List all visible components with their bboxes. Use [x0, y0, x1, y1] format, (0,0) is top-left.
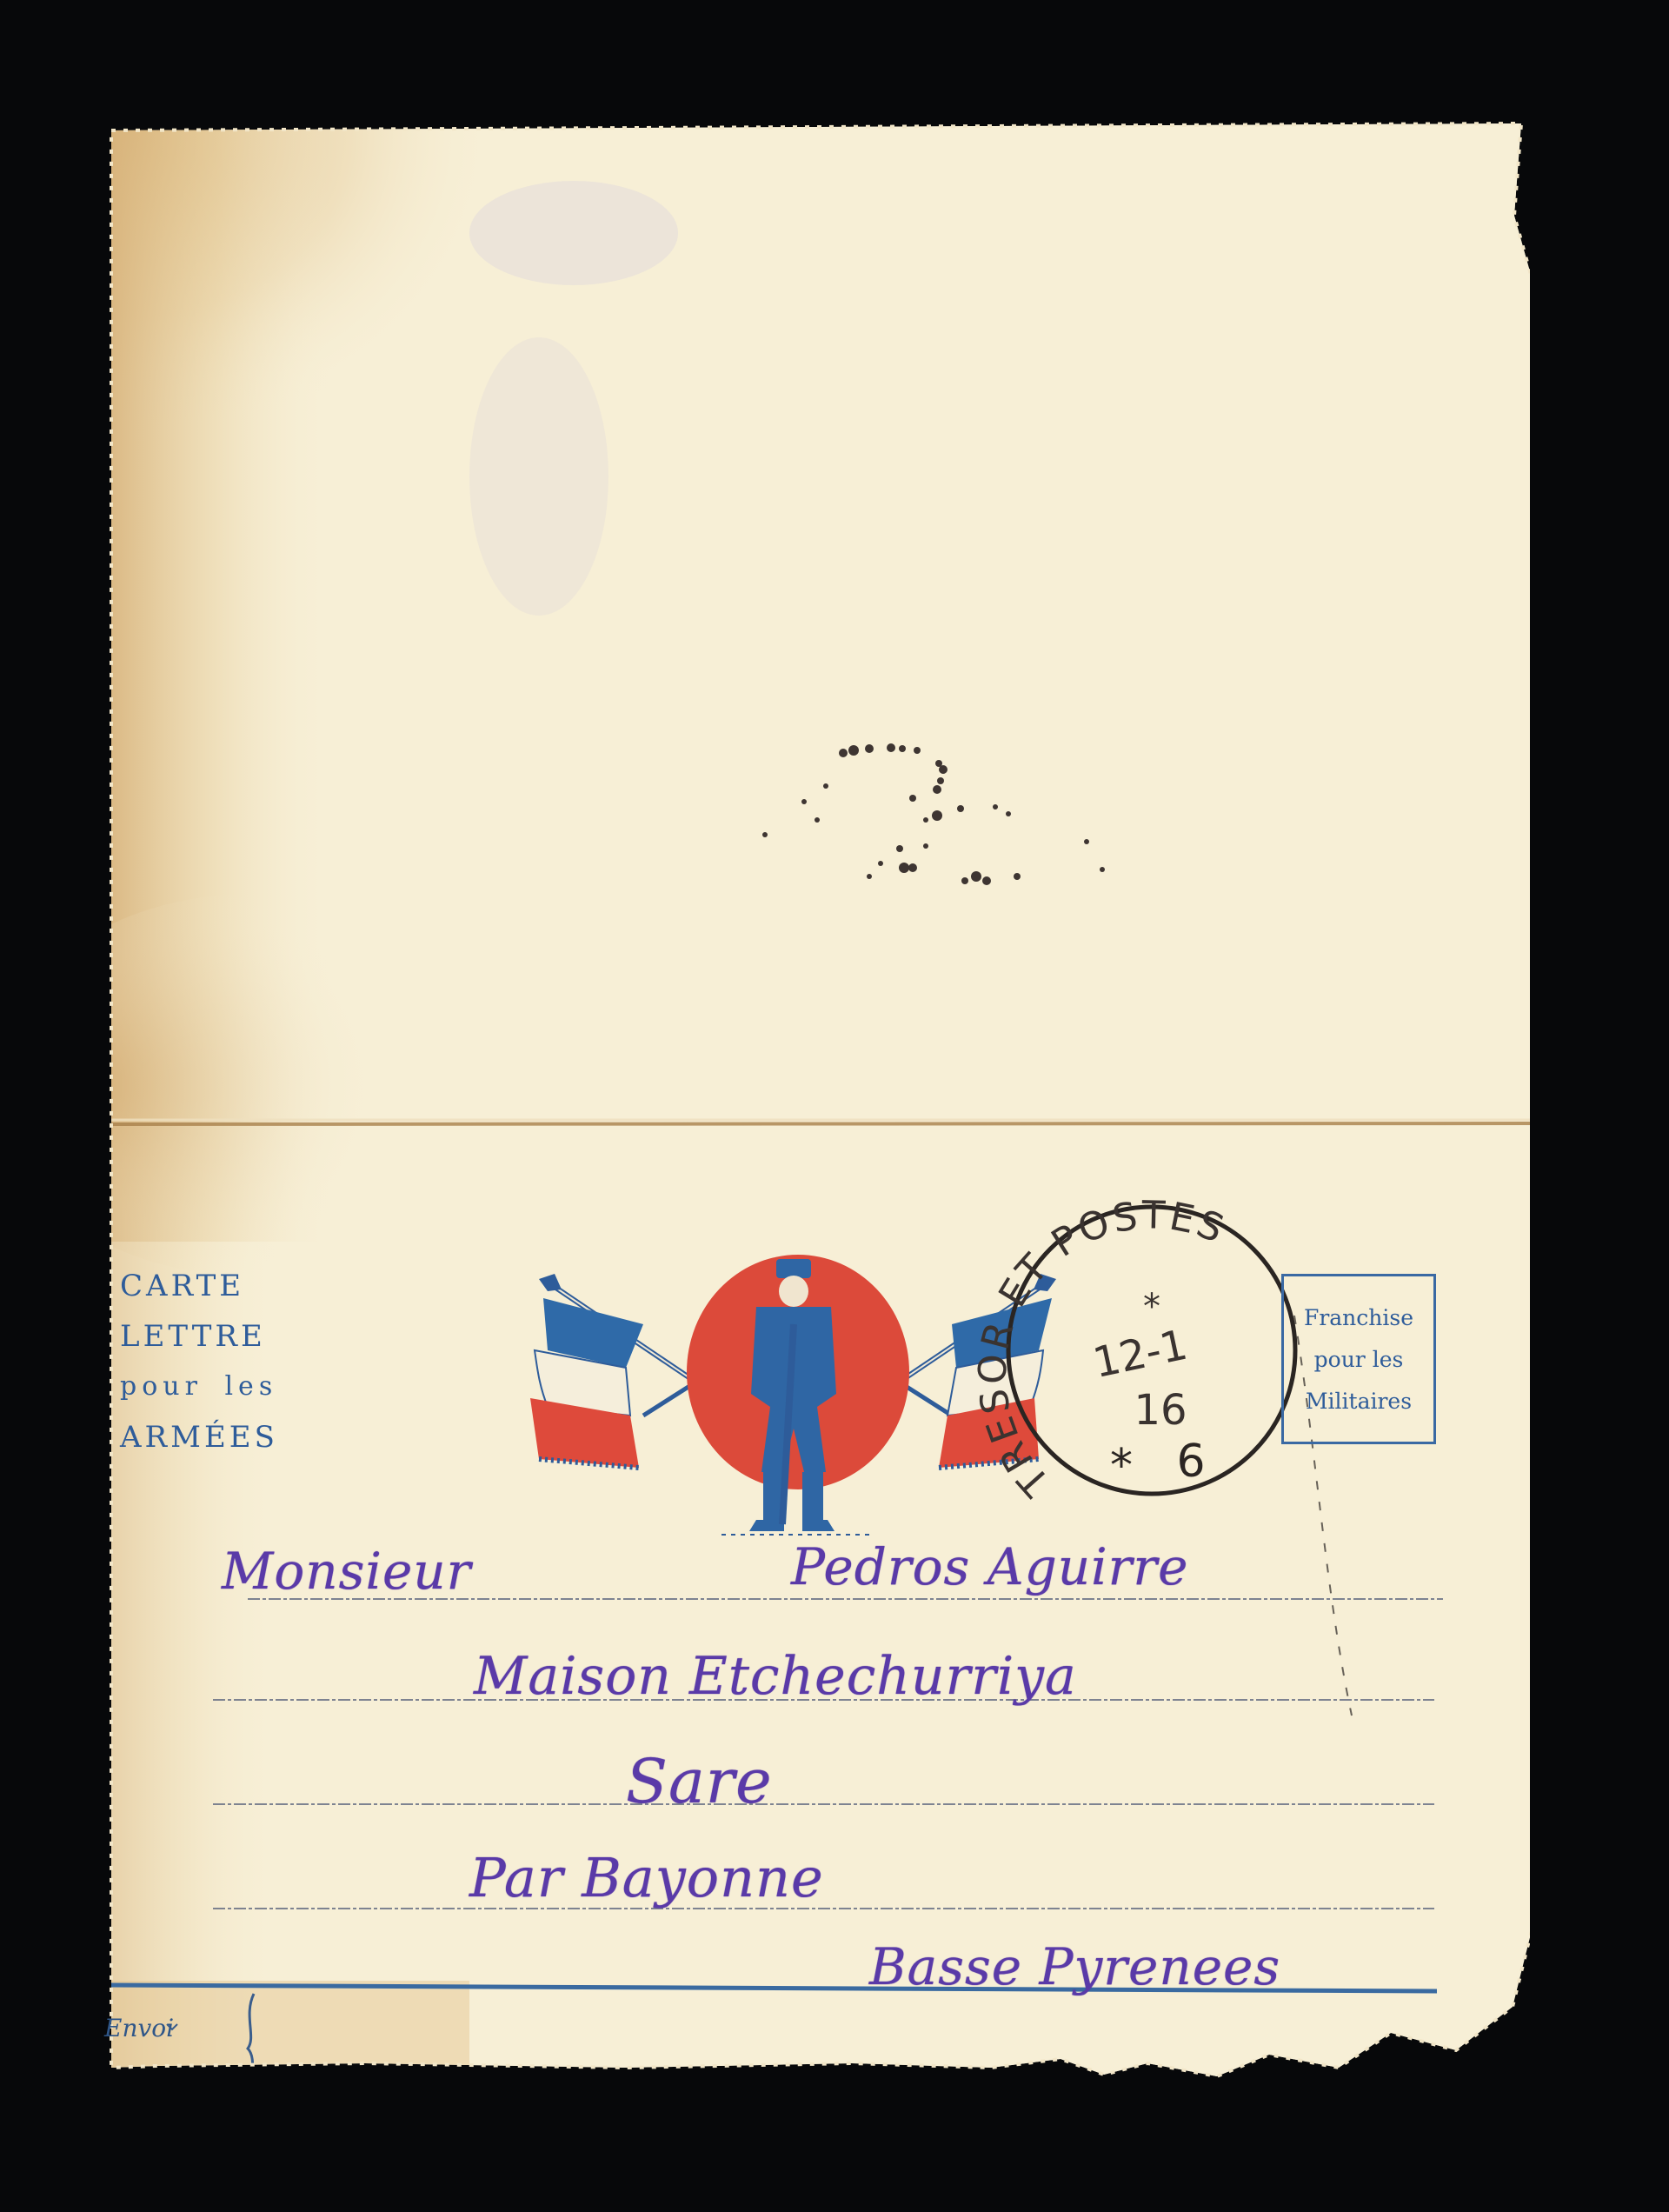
address-recipient-name: Pedros Aguirre: [791, 1537, 1188, 1596]
address-salutation: Monsieur: [222, 1542, 471, 1601]
franchise-pour-les: pour les: [1284, 1339, 1433, 1381]
address-town: Sare: [626, 1746, 773, 1817]
address-house: Maison Etchechurriya: [474, 1646, 1077, 1707]
card-title-block: CARTE LETTRE pour les ARMÉES: [120, 1261, 303, 1462]
franchise-militaires: Militaires: [1284, 1381, 1433, 1422]
address-via: Par Bayonne: [469, 1846, 824, 1909]
title-lettre: LETTRE: [120, 1311, 303, 1362]
franchise-label: Franchise: [1284, 1297, 1433, 1339]
letter-card: TRESOR ET POSTES * 12-1 16 * 6 CARTE LET…: [104, 111, 1530, 2163]
title-pour-les: pour les: [120, 1362, 303, 1412]
french-flag-icon: [939, 1298, 1052, 1468]
title-carte: CARTE: [120, 1261, 303, 1311]
envoi-label: Envoi: [104, 2014, 174, 2042]
title-armees: ARMÉES: [120, 1412, 303, 1462]
franchise-militaire-box: Franchise pour les Militaires: [1281, 1274, 1436, 1444]
address-department: Basse Pyrenees: [869, 1937, 1280, 1996]
french-flag-icon: [530, 1298, 643, 1468]
